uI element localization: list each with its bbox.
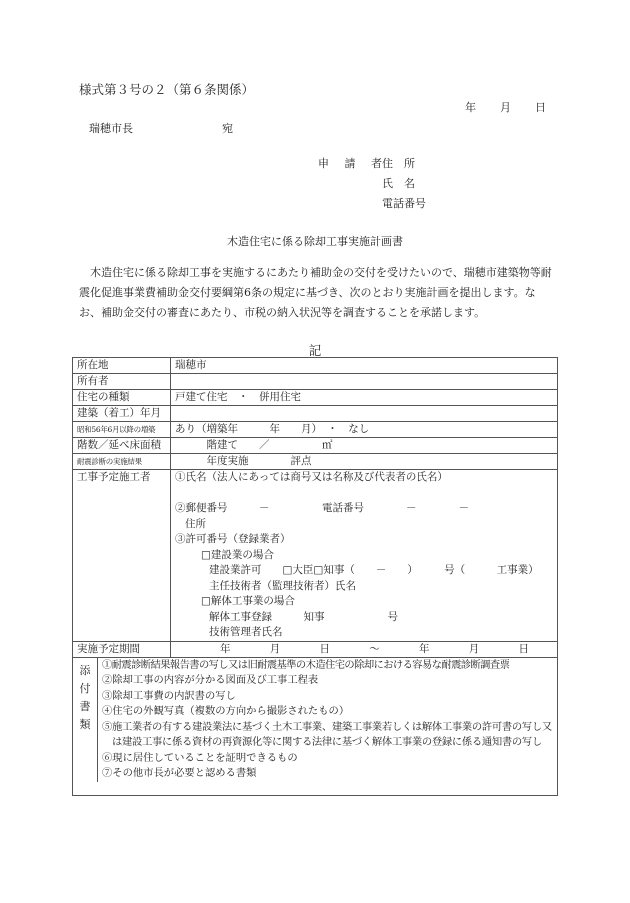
period-end-year: 年 [419, 642, 430, 657]
date-day: 日 [535, 99, 546, 115]
contractor-line-construction-license: 建設業許可 □大臣□知事（ － ） 号（ 工事業） [175, 563, 553, 579]
row-value-built-date[interactable] [171, 406, 558, 422]
period-end-day: 日 [519, 642, 530, 657]
row-label-floors-area: 階数／延べ床面積 [73, 438, 171, 454]
period-start-day: 日 [320, 642, 331, 657]
row-label-house-type: 住宅の種類 [73, 390, 171, 406]
row-value-house-type[interactable]: 戸建て住宅 ・ 併用住宅 [171, 390, 558, 406]
date-month: 月 [500, 99, 511, 115]
attachment-item: ①耐震診断結果報告書の写し又は旧耐震基準の木造住宅の除却における容易な耐震診断調… [102, 658, 557, 674]
row-label-extension: 昭和56年6月以降の増築 [73, 422, 171, 438]
contractor-details[interactable]: ①氏名（法人にあっては商号又は名称及び代表者の氏名） ②郵便番号 － 電話番号 … [171, 470, 558, 642]
table-row: 建築（着工）年月 [73, 406, 558, 422]
table-row: 実施予定期間 年 月 日 ～ 年 月 日 [73, 641, 558, 657]
table-row: 耐震診断の実施結果 年度実施 評点 [73, 454, 558, 470]
row-value-period[interactable]: 年 月 日 ～ 年 月 日 [171, 641, 558, 657]
attachments-list: ①耐震診断結果報告書の写し又は旧耐震基準の木造住宅の除却における容易な耐震診断調… [98, 658, 557, 782]
attachments-cell: 添 付 書 類 ①耐震診断結果報告書の写し又は旧耐震基準の木造住宅の除却における… [73, 657, 558, 795]
table-row: 所在地 瑞穂市 [73, 358, 558, 374]
row-value-extension[interactable]: あり（増築年 年 月） ・ なし [171, 422, 558, 438]
contractor-line-name: ①氏名（法人にあっては商号又は名称及び代表者の氏名） [175, 470, 553, 486]
row-label-seismic-result: 耐震診断の実施結果 [73, 454, 171, 470]
period-tilde: ～ [369, 642, 380, 657]
attachment-item: ⑦その他市長が必要と認める書類 [102, 766, 557, 782]
row-label-contractor: 工事予定施工者 [73, 470, 171, 642]
attachment-item: ⑤施工業者の有する建設業法に基づく土木工事業、建築工事業若しくは解体工事業の許可… [102, 720, 557, 751]
contractor-line-license: ③許可番号（登録業者） [175, 532, 553, 548]
contractor-line-demolition-registration: 解体工事登録 知事 号 [175, 610, 553, 626]
addressee-suffix: 宛 [222, 122, 233, 135]
attachment-item: ④住宅の外観写真（複数の方向から撮影されたもの） [102, 704, 557, 720]
addressee-name: 瑞穂市長 [89, 122, 133, 135]
contractor-line-technical-manager: 技術管理者氏名 [175, 625, 553, 641]
table-row: 階数／延べ床面積 階建て ／ ㎡ [73, 438, 558, 454]
document-title: 木造住宅に係る除却工事実施計画書 [0, 233, 630, 249]
attachment-item: ③除却工事費の内訳書の写し [102, 689, 557, 705]
plan-form-table: 所在地 瑞穂市 所有者 住宅の種類 戸建て住宅 ・ 併用住宅 建築（着工）年月 … [72, 357, 558, 796]
contractor-line-blank [175, 486, 553, 502]
address-label: 住 所 [382, 154, 428, 174]
phone-label: 電話番号 [382, 194, 428, 214]
row-label-location: 所在地 [73, 358, 171, 374]
form-number: 様式第３号の２（第６条関係） [79, 80, 254, 98]
table-row: 工事予定施工者 ①氏名（法人にあっては商号又は名称及び代表者の氏名） ②郵便番号… [73, 470, 558, 642]
contractor-line-construction-case: □建設業の場合 [175, 548, 553, 564]
row-value-seismic-result[interactable]: 年度実施 評点 [171, 454, 558, 470]
contractor-line-chief-engineer: 主任技術者（監理技術者）氏名 [175, 579, 553, 595]
contractor-line-address: 住所 [175, 517, 553, 533]
period-start-year: 年 [220, 642, 231, 657]
contractor-line-demolition-case: □解体工事業の場合 [175, 594, 553, 610]
contractor-line-postal-phone: ②郵便番号 － 電話番号 － － [175, 501, 553, 517]
applicant-label: 申 請 者 [318, 154, 382, 174]
date-year: 年 [465, 99, 476, 115]
addressee: 瑞穂市長宛 [89, 120, 233, 136]
name-label: 氏 名 [382, 174, 428, 194]
applicant-block: 申 請 者 住 所 氏 名 電話番号 [318, 154, 428, 214]
date-line: 年月日 [465, 99, 546, 115]
table-row: 添 付 書 類 ①耐震診断結果報告書の写し又は旧耐震基準の木造住宅の除却における… [73, 657, 558, 795]
attachment-item: ⑥現に居住していることを証明できるもの [102, 751, 557, 767]
row-value-location[interactable]: 瑞穂市 [171, 358, 558, 374]
attachments-label: 添 付 書 類 [73, 658, 98, 782]
period-end-month: 月 [469, 642, 480, 657]
document-body: 木造住宅に係る除却工事を実施するにあたり補助金の交付を受けたいので、瑞穂市建築物… [79, 263, 557, 323]
row-label-owner: 所有者 [73, 374, 171, 390]
row-label-built-date: 建築（着工）年月 [73, 406, 171, 422]
row-value-floors-area[interactable]: 階建て ／ ㎡ [171, 438, 558, 454]
period-start-month: 月 [270, 642, 281, 657]
table-row: 住宅の種類 戸建て住宅 ・ 併用住宅 [73, 390, 558, 406]
row-label-period: 実施予定期間 [73, 641, 171, 657]
row-value-owner[interactable] [171, 374, 558, 390]
table-row: 昭和56年6月以降の増築 あり（増築年 年 月） ・ なし [73, 422, 558, 438]
attachment-item: ②除却工事の内容が分かる図面及び工事工程表 [102, 673, 557, 689]
table-row: 所有者 [73, 374, 558, 390]
